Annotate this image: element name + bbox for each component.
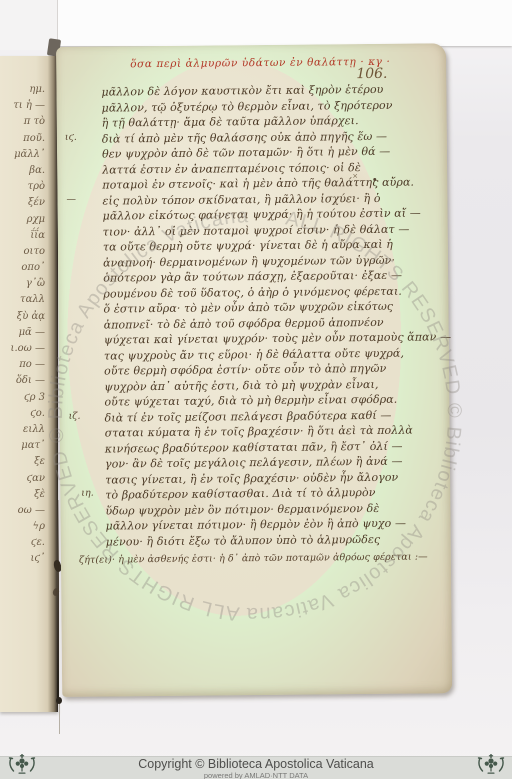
facing-page-fragment: γ᾽ὣ <box>11 276 45 292</box>
marginal-number: — <box>66 193 76 204</box>
facing-page-fragment: ξὺ ἀᾳ <box>11 309 45 325</box>
facing-page-fragment: ματ᾽ <box>11 438 45 454</box>
binding-thread-tail <box>59 700 60 734</box>
facing-page-fragment: π τὸ <box>11 114 45 130</box>
manuscript-line: τιον· ἀλλ᾽ οἱ μὲν ποταμοὶ ψυχροί εἰσιν· … <box>103 221 450 240</box>
facing-page-fragment: ξέν <box>11 195 45 211</box>
footer-powered-text: powered by AMLAD·NTT DATA <box>0 771 512 779</box>
facing-page-fragment: ταλλ <box>11 292 45 308</box>
manuscript-page: ὅσα περὶ ἁλμυρῶν ὑδάτων ἐν θαλάττῃ · κγ … <box>56 43 452 697</box>
marginal-number: ιζ. <box>68 410 80 421</box>
facing-page-fragment: ξε <box>11 454 45 470</box>
marginal-number: ιη. <box>81 488 94 499</box>
manuscript-line: μένου· ἢ διότι ἔξω τὸ ἄλυπον ὑπὸ τὸ ἁλμυ… <box>106 531 453 550</box>
facing-page-fragment: ϟρ <box>11 519 45 535</box>
vatican-library-emblem-left <box>7 751 37 778</box>
book-fore-edge-top <box>0 0 512 46</box>
facing-page-fragment: πο — <box>11 357 45 373</box>
facing-page-fragment: ϛαν <box>11 471 45 487</box>
facing-page-fragment: ϛο. <box>11 406 45 422</box>
binding-thread-tip <box>56 697 62 704</box>
footer-copyright-text: Copyright © Biblioteca Apostolica Vatica… <box>0 757 512 771</box>
facing-page-fragment: βα. <box>11 163 45 179</box>
facing-page-fragment: ὅδι — <box>11 373 45 389</box>
facing-page-fragment: οω — <box>11 503 45 519</box>
facing-page-text-fragments: ημ.τι ἡ —π τὸποῦ.μᾶλλ᾽βα.τρὸξένρχμΐΐαοιτ… <box>11 82 45 568</box>
facing-page-fragment: ρχμ <box>11 212 45 228</box>
digitized-manuscript-photo: { "manuscript": { "folio_number": "106."… <box>0 0 512 779</box>
facing-page-fragment: μᾶλλ᾽ <box>11 147 45 163</box>
binding-thread <box>57 500 59 700</box>
facing-page-fragment: ημ. <box>11 82 45 98</box>
facing-page-fragment: οπο᾽ <box>11 260 45 276</box>
facing-page-fragment: οιτο <box>11 244 45 260</box>
facing-page-fragment: ιϛ᾽ <box>11 551 45 567</box>
marginal-number: ιϛ. <box>65 131 77 142</box>
chapter-title-red: ὅσα περὶ ἁλμυρῶν ὑδάτων ἐν θαλάττῃ · κγ … <box>130 56 390 70</box>
scholion-line: ζήτ(ει)· ἡ μὲν ἀσθενής ἐστι· ἡ δ᾽ ἀπὸ τῶ… <box>79 551 428 565</box>
facing-page-fragment: ποῦ. <box>11 131 45 147</box>
facing-page-fragment: ξὲ <box>11 487 45 503</box>
facing-page-fragment: ι.οω — <box>11 341 45 357</box>
manuscript-lines: μᾶλλον δὲ λόγον καυστικὸν ἔτι καὶ ξηρὸν … <box>101 81 453 549</box>
ink-speck <box>373 178 376 181</box>
ink-speck: × <box>352 172 358 180</box>
manuscript-line: ρουμένου δὲ τοῦ ὕδατος, ὁ ἀὴρ ὁ γινόμενο… <box>103 283 450 302</box>
facing-page-fragment: μᾶ — <box>11 325 45 341</box>
facing-page-fragment: τι ἡ — <box>11 98 45 114</box>
facing-page-fragment: ΐΐα <box>11 228 45 244</box>
manuscript-line: τας ψυχροὺς ἄν τις εὕροι· ἡ δὲ θάλαττα ο… <box>104 345 451 364</box>
facing-page-fragment: τρὸ <box>11 179 45 195</box>
facing-page-fragment: ειλλ <box>11 422 45 438</box>
facing-page-fragment: ϛε. <box>11 535 45 551</box>
folio-number: 106. <box>356 66 387 82</box>
facing-page-edge: ημ.τι ἡ —π τὸποῦ.μᾶλλ᾽βα.τρὸξένρχμΐΐαοιτ… <box>0 56 58 712</box>
vatican-library-emblem-right <box>476 751 506 778</box>
facing-page-fragment: ϛρ 3 <box>11 390 45 406</box>
